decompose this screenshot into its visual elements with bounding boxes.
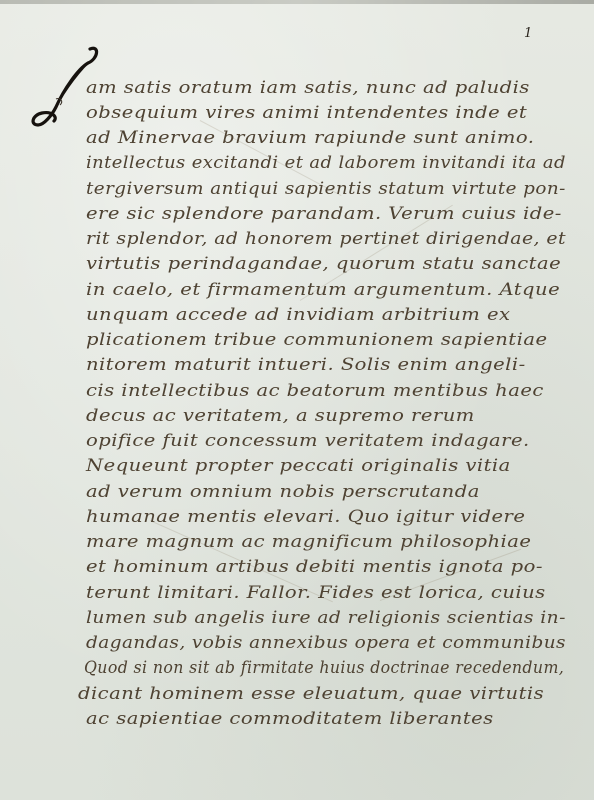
- text-line: lumen sub angelis iure ad religionis sci…: [86, 608, 566, 628]
- text-line: virtutis perindagandae, quorum statu san…: [86, 254, 561, 274]
- text-line: ere sic splendore parandam. Verum cuius …: [86, 204, 562, 224]
- text-line: ad Minervae bravium rapiunde sunt animo.: [86, 128, 534, 148]
- text-line: dicant hominem esse eleuatum, quae virtu…: [78, 684, 544, 704]
- text-line: Nequeunt propter peccati originalis viti…: [86, 456, 511, 476]
- text-line: obsequium vires animi intendentes inde e…: [86, 103, 527, 123]
- text-line: humanae mentis elevari. Quo igitur vider…: [86, 507, 525, 527]
- page-top-edge: [0, 0, 594, 4]
- text-line: plicationem tribue communionem sapientia…: [86, 330, 547, 350]
- text-line: rit splendor, ad honorem pertinet dirige…: [86, 229, 566, 249]
- text-line: am satis oratum iam satis, nunc ad palud…: [86, 78, 530, 98]
- text-line: terunt limitari. Fallor. Fides est loric…: [86, 583, 546, 603]
- text-line: mare magnum ac magnificum philosophiae: [86, 532, 531, 552]
- text-line: nitorem maturit intueri. Solis enim ange…: [86, 355, 526, 375]
- text-line: cis intellectibus ac beatorum mentibus h…: [86, 381, 544, 401]
- text-line: ac sapientiae commoditatem liberantes: [86, 709, 494, 729]
- text-line: Quod si non sit ab firmitate huius doctr…: [84, 658, 564, 678]
- text-line: et hominum artibus debiti mentis ignota …: [86, 557, 543, 577]
- text-line: decus ac veritatem, a supremo rerum: [86, 406, 475, 426]
- text-line: tergiversum antiqui sapientis statum vir…: [86, 179, 566, 199]
- text-line: ad verum omnium nobis perscrutanda: [86, 482, 480, 502]
- text-line: in caelo, et firmamentum argumentum. Atq…: [86, 280, 560, 300]
- text-line: unquam accede ad invidiam arbitrium ex: [86, 305, 510, 325]
- text-line: intellectus excitandi et ad laborem invi…: [86, 153, 566, 173]
- manuscript-page: 1 am satis oratum iam satis, nunc ad pal…: [0, 0, 594, 800]
- text-line: opifice fuit concessum veritatem indagar…: [86, 431, 530, 451]
- text-line: dagandas, vobis annexibus opera et commu…: [86, 633, 566, 653]
- folio-number: 1: [524, 26, 532, 41]
